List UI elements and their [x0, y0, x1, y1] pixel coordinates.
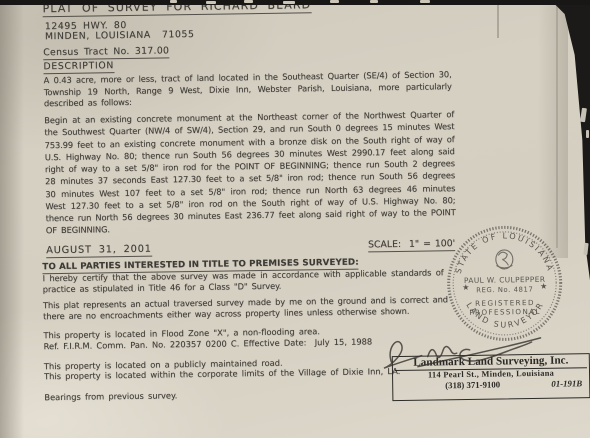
- description-heading: DESCRIPTION: [43, 60, 114, 74]
- survey-date: AUGUST 31, 2001: [46, 244, 152, 259]
- edge-artifact: [283, 1, 295, 4]
- pelican-emblem-icon: [496, 250, 513, 269]
- edge-artifact: [370, 0, 378, 3]
- background-text-fragment: [586, 130, 589, 138]
- plat-statement: This plat represents an actual traversed…: [43, 294, 448, 323]
- document-content: PLAT OF SURVEY FOR RICHARD BEARD 12495 H…: [0, 0, 590, 438]
- bearings-note: Bearings from previous survey.: [44, 390, 177, 402]
- description-paragraph-1: A 0.43 acre, more or less, tract of land…: [44, 69, 452, 110]
- scale-note: SCALE: 1" = 100': [368, 238, 455, 252]
- edge-artifact: [170, 0, 177, 3]
- property-address-line2: MINDEN, LOUISIANA 71055: [45, 29, 195, 42]
- photo-top-edge: [0, 0, 590, 5]
- job-number: 01-191B: [551, 378, 582, 388]
- edge-artifact: [206, 1, 216, 4]
- seal-registration-number: REG. No. 4817: [476, 285, 533, 294]
- paper-sheet: PLAT OF SURVEY FOR RICHARD BEARD 12495 H…: [0, 0, 590, 438]
- census-tract: Census Tract No. 317.00: [43, 45, 169, 60]
- background-text-fragment: [583, 243, 588, 255]
- firm-phone: (318) 371-9100: [445, 379, 500, 390]
- signature: [377, 323, 548, 378]
- background-text-fragment: [580, 108, 587, 123]
- seal-surveyor-name: PAUL W. CULPEPPER: [464, 275, 546, 285]
- certification-statement: I hereby certify that the above survey w…: [42, 267, 443, 295]
- edge-artifact: [244, 0, 253, 3]
- edge-artifact: [330, 0, 339, 3]
- seal-title-line2: PROFESSIONAL: [469, 307, 541, 317]
- description-paragraph-2: Begin at an existing concrete monument a…: [44, 108, 456, 237]
- edge-artifact: [420, 0, 430, 3]
